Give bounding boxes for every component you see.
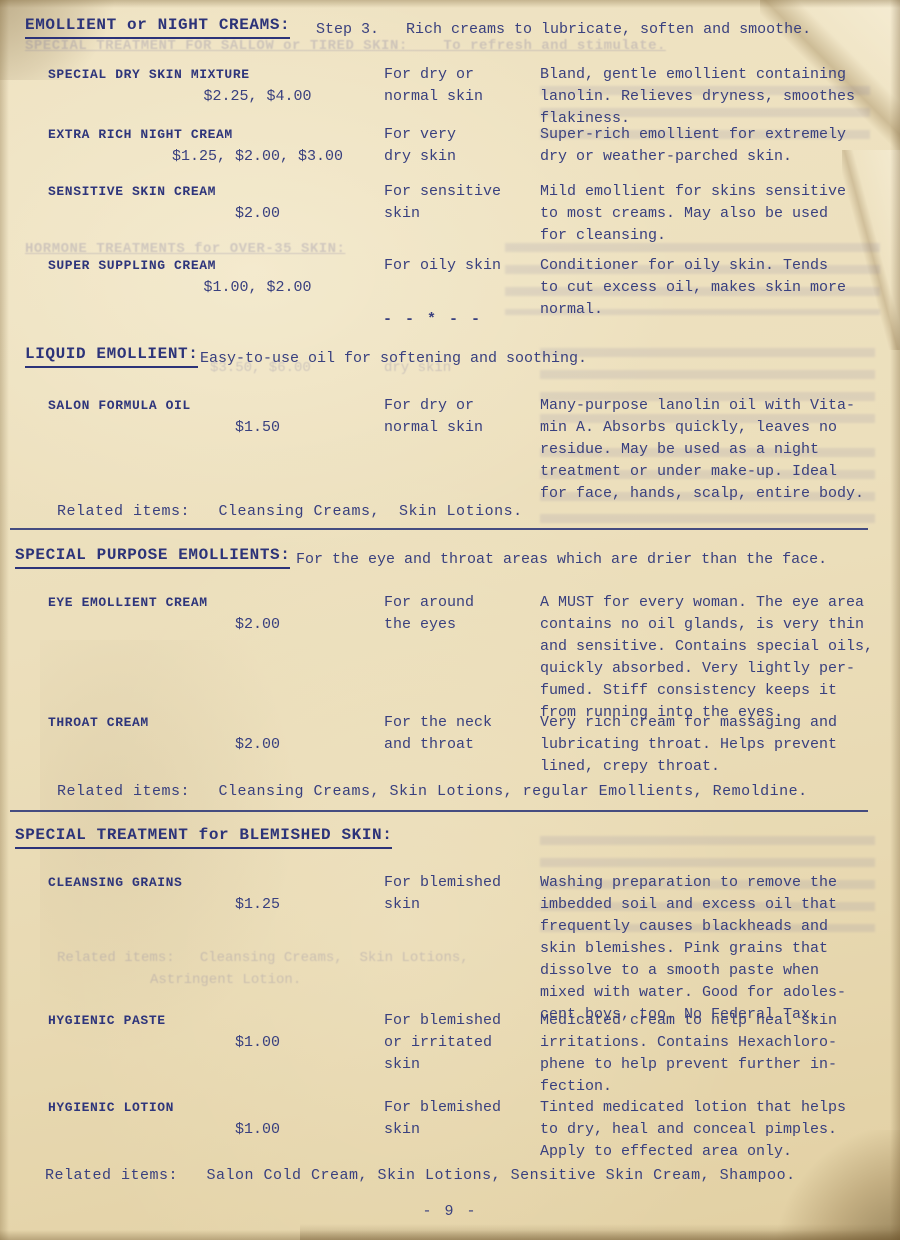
product-name: EYE EMOLLIENT CREAM bbox=[48, 592, 208, 614]
product-use: For dry or normal skin bbox=[384, 395, 539, 439]
paper-edge-left bbox=[0, 0, 9, 1240]
product-price: $1.00 bbox=[150, 1119, 365, 1141]
section-divider bbox=[10, 810, 868, 812]
product-description: Super-rich emollient for extremely dry o… bbox=[540, 124, 885, 168]
paper-edge-bottom bbox=[0, 1230, 900, 1240]
product-price: $2.00 bbox=[150, 614, 365, 636]
section-heading: SPECIAL TREATMENT for BLEMISHED SKIN: bbox=[15, 826, 392, 849]
section-tagline: Easy-to-use oil for softening and soothi… bbox=[200, 349, 587, 369]
product-description: Bland, gentle emollient containing lanol… bbox=[540, 64, 885, 130]
product-description: Washing preparation to remove the imbedd… bbox=[540, 872, 885, 1026]
product-price: $1.00, $2.00 bbox=[150, 277, 365, 299]
product-use: For blemished skin bbox=[384, 1097, 539, 1141]
paper-shadow-bottom bbox=[300, 1224, 900, 1240]
paper-edge-right bbox=[890, 0, 900, 1240]
section-heading: EMOLLIENT or NIGHT CREAMS: bbox=[25, 16, 290, 39]
product-name: SENSITIVE SKIN CREAM bbox=[48, 181, 216, 203]
scanned-catalog-page: SPECIAL TREATMENT FOR SALLOW or TIRED SK… bbox=[0, 0, 900, 1240]
section-tagline: For the eye and throat areas which are d… bbox=[296, 550, 827, 570]
product-name: SALON FORMULA OIL bbox=[48, 395, 191, 417]
page-number: - 9 - bbox=[0, 1203, 900, 1220]
section-heading: SPECIAL PURPOSE EMOLLIENTS: bbox=[15, 546, 290, 569]
product-price: $2.25, $4.00 bbox=[150, 86, 365, 108]
section-heading: LIQUID EMOLLIENT: bbox=[25, 345, 198, 368]
product-use: For blemished skin bbox=[384, 872, 539, 916]
product-description: Very rich cream for massaging and lubric… bbox=[540, 712, 885, 778]
product-name: SUPER SUPPLING CREAM bbox=[48, 255, 216, 277]
product-use: For blemished or irritated skin bbox=[384, 1010, 539, 1076]
related-items: Related items: Cleansing Creams, Skin Lo… bbox=[57, 502, 523, 522]
section-divider bbox=[10, 528, 868, 530]
product-use: For oily skin bbox=[384, 255, 539, 277]
paper-edge-top bbox=[0, 0, 900, 8]
product-description: Many-purpose lanolin oil with Vita- min … bbox=[540, 395, 885, 505]
product-name: HYGIENIC LOTION bbox=[48, 1097, 174, 1119]
ghost-text: SPECIAL TREATMENT FOR SALLOW or TIRED SK… bbox=[25, 38, 666, 54]
product-use: For dry or normal skin bbox=[384, 64, 539, 108]
product-price: $2.00 bbox=[150, 734, 365, 756]
related-items: Related items: Cleansing Creams, Skin Lo… bbox=[57, 782, 808, 802]
product-price: $1.00 bbox=[150, 1032, 365, 1054]
product-price: $1.25 bbox=[150, 894, 365, 916]
ghost-text: Related items: Cleansing Creams, Skin Lo… bbox=[57, 950, 469, 966]
product-description: Mild emollient for skins sensitive to mo… bbox=[540, 181, 885, 247]
related-items: Related items: Salon Cold Cream, Skin Lo… bbox=[45, 1166, 796, 1186]
product-name: EXTRA RICH NIGHT CREAM bbox=[48, 124, 233, 146]
product-description: Medicated cream to help heal skin irrita… bbox=[540, 1010, 885, 1098]
product-description: Conditioner for oily skin. Tends to cut … bbox=[540, 255, 885, 321]
product-name: CLEANSING GRAINS bbox=[48, 872, 182, 894]
product-description: Tinted medicated lotion that helps to dr… bbox=[540, 1097, 885, 1163]
section-tagline: Step 3. Rich creams to lubricate, soften… bbox=[316, 20, 811, 40]
product-name: SPECIAL DRY SKIN MIXTURE bbox=[48, 64, 250, 86]
product-name: HYGIENIC PASTE bbox=[48, 1010, 166, 1032]
product-use: For the neck and throat bbox=[384, 712, 539, 756]
product-name: THROAT CREAM bbox=[48, 712, 149, 734]
product-use: For around the eyes bbox=[384, 592, 539, 636]
ghost-text: Astringent Lotion. bbox=[150, 972, 301, 988]
product-use: For sensitive skin bbox=[384, 181, 539, 225]
asterisk-separator: - - * - - bbox=[383, 311, 482, 328]
product-price: $1.50 bbox=[150, 417, 365, 439]
product-price: $1.25, $2.00, $3.00 bbox=[150, 146, 365, 168]
product-use: For very dry skin bbox=[384, 124, 539, 168]
product-description: A MUST for every woman. The eye area con… bbox=[540, 592, 885, 724]
paper-wrinkle bbox=[40, 640, 300, 1060]
product-price: $2.00 bbox=[150, 203, 365, 225]
